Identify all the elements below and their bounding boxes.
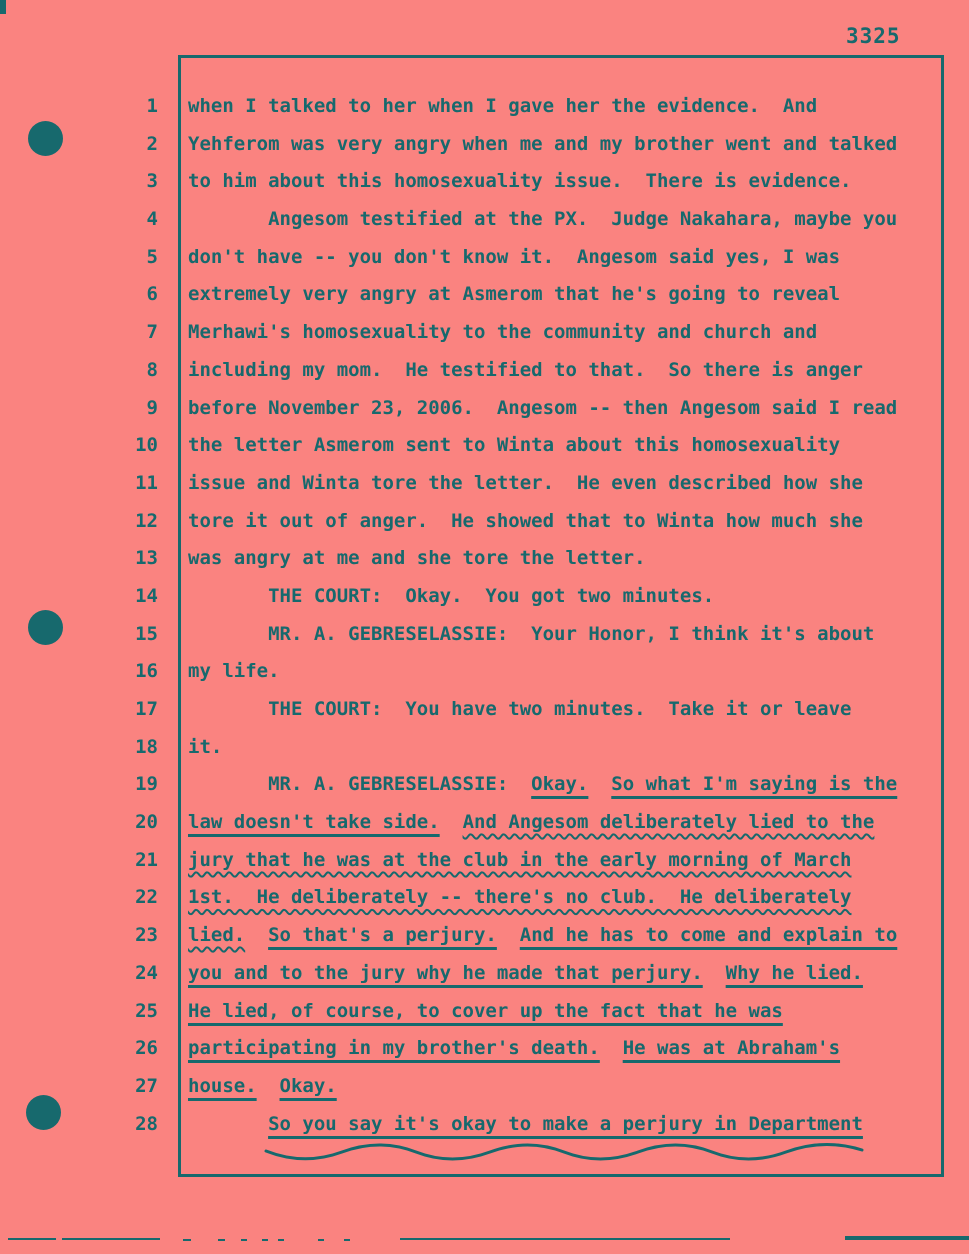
line-text: extremely very angry at Asmerom that he'… — [158, 276, 840, 314]
underlined-text-segment: you and to the jury why he made that per… — [188, 962, 703, 984]
text-segment: including my mom. He testified to that. … — [188, 359, 863, 381]
transcript-lines: 1when I talked to her when I gave her th… — [0, 88, 969, 1143]
line-text: THE COURT: Okay. You got two minutes. — [158, 578, 714, 616]
text-segment: don't have -- you don't know it. Angesom… — [188, 246, 840, 268]
line-number: 2 — [0, 126, 158, 164]
text-segment: when I talked to her when I gave her the… — [188, 95, 817, 117]
page-number: 3325 — [846, 24, 901, 48]
line-text: was angry at me and she tore the letter. — [158, 540, 646, 578]
line-text: it. — [158, 729, 222, 767]
line-text: jury that he was at the club in the earl… — [158, 842, 851, 880]
transcript-line: 19 MR. A. GEBRESELASSIE: Okay. So what I… — [0, 766, 969, 804]
edge-mark — [344, 1239, 350, 1241]
text-segment: MR. A. GEBRESELASSIE: Your Honor, I thin… — [188, 623, 874, 645]
text-segment: the letter Asmerom sent to Winta about t… — [188, 434, 840, 456]
underlined-text-segment: He lied, of course, to cover up the fact… — [188, 1000, 783, 1022]
underlined-text-segment: lied. — [188, 924, 245, 946]
text-segment: it. — [188, 736, 222, 758]
underlined-text-segment: house. — [188, 1075, 257, 1097]
text-segment: THE COURT: You have two minutes. Take it… — [188, 698, 851, 720]
underlined-text-segment: And he has to come and explain to — [520, 924, 898, 946]
underlined-text-segment: So what I'm saying is the — [611, 773, 897, 795]
line-number: 7 — [0, 314, 158, 352]
underlined-text-segment: Okay. — [531, 773, 588, 795]
line-number: 6 — [0, 276, 158, 314]
line-text: to him about this homosexuality issue. T… — [158, 163, 851, 201]
line-number: 20 — [0, 804, 158, 842]
transcript-line: 13was angry at me and she tore the lette… — [0, 540, 969, 578]
text-segment: to him about this homosexuality issue. T… — [188, 170, 851, 192]
text-segment: extremely very angry at Asmerom that he'… — [188, 283, 840, 305]
text-segment — [497, 924, 520, 946]
line-number: 12 — [0, 503, 158, 541]
line-number: 28 — [0, 1106, 158, 1144]
line-number: 27 — [0, 1068, 158, 1106]
transcript-line: 3to him about this homosexuality issue. … — [0, 163, 969, 201]
transcript-page: 3325 1when I talked to her when I gave h… — [0, 0, 969, 1254]
transcript-line: 17 THE COURT: You have two minutes. Take… — [0, 691, 969, 729]
underlined-text-segment: jury that he was at the club in the earl… — [188, 849, 851, 871]
hand-drawn-squiggle-underline — [262, 1139, 882, 1163]
line-number: 21 — [0, 842, 158, 880]
edge-mark — [318, 1239, 324, 1241]
text-segment — [600, 1037, 623, 1059]
transcript-line: 5don't have -- you don't know it. Angeso… — [0, 239, 969, 277]
transcript-line: 4 Angesom testified at the PX. Judge Nak… — [0, 201, 969, 239]
underlined-text-segment: So that's a perjury. — [268, 924, 497, 946]
line-number: 4 — [0, 201, 158, 239]
transcript-line: 7Merhawi's homosexuality to the communit… — [0, 314, 969, 352]
text-segment: my life. — [188, 660, 280, 682]
transcript-line: 6extremely very angry at Asmerom that he… — [0, 276, 969, 314]
line-text: issue and Winta tore the letter. He even… — [158, 465, 863, 503]
transcript-line: 12tore it out of anger. He showed that t… — [0, 503, 969, 541]
line-text: MR. A. GEBRESELASSIE: Okay. So what I'm … — [158, 766, 897, 804]
line-number: 3 — [0, 163, 158, 201]
line-text: law doesn't take side. And Angesom delib… — [158, 804, 874, 842]
text-segment: before November 23, 2006. Angesom -- the… — [188, 397, 897, 419]
line-number: 1 — [0, 88, 158, 126]
transcript-line: 26participating in my brother's death. H… — [0, 1030, 969, 1068]
text-segment: Yehferom was very angry when me and my b… — [188, 133, 897, 155]
transcript-line: 8including my mom. He testified to that.… — [0, 352, 969, 390]
line-number: 18 — [0, 729, 158, 767]
line-text: before November 23, 2006. Angesom -- the… — [158, 390, 897, 428]
line-number: 11 — [0, 465, 158, 503]
line-text: when I talked to her when I gave her the… — [158, 88, 817, 126]
line-text: So you say it's okay to make a perjury i… — [158, 1106, 863, 1144]
line-number: 13 — [0, 540, 158, 578]
line-text: lied. So that's a perjury. And he has to… — [158, 917, 897, 955]
underlined-text-segment: He was at Abraham's — [623, 1037, 840, 1059]
edge-mark — [62, 1238, 160, 1240]
underlined-text-segment: And Angesom deliberately lied to the — [463, 811, 875, 833]
transcript-line: 23lied. So that's a perjury. And he has … — [0, 917, 969, 955]
line-number: 8 — [0, 352, 158, 390]
line-number: 16 — [0, 653, 158, 691]
edge-mark — [183, 1239, 191, 1241]
edge-mark — [400, 1238, 730, 1240]
line-number: 26 — [0, 1030, 158, 1068]
line-text: THE COURT: You have two minutes. Take it… — [158, 691, 851, 729]
edge-mark — [218, 1239, 225, 1241]
transcript-line: 28 So you say it's okay to make a perjur… — [0, 1106, 969, 1144]
line-text: you and to the jury why he made that per… — [158, 955, 863, 993]
page-corner-mark — [0, 0, 6, 14]
text-segment: MR. A. GEBRESELASSIE: — [188, 773, 531, 795]
line-text: participating in my brother's death. He … — [158, 1030, 840, 1068]
text-segment — [703, 962, 726, 984]
transcript-line: 27house. Okay. — [0, 1068, 969, 1106]
line-number: 10 — [0, 427, 158, 465]
line-text: MR. A. GEBRESELASSIE: Your Honor, I thin… — [158, 616, 874, 654]
line-text: my life. — [158, 653, 280, 691]
line-text: including my mom. He testified to that. … — [158, 352, 863, 390]
underlined-text-segment: Why he lied. — [726, 962, 863, 984]
text-segment — [257, 1075, 280, 1097]
underlined-text-segment: Okay. — [280, 1075, 337, 1097]
edge-mark — [8, 1238, 56, 1240]
line-number: 23 — [0, 917, 158, 955]
line-number: 24 — [0, 955, 158, 993]
line-text: the letter Asmerom sent to Winta about t… — [158, 427, 840, 465]
text-segment — [188, 1113, 268, 1135]
text-segment: Merhawi's homosexuality to the community… — [188, 321, 817, 343]
transcript-line: 24you and to the jury why he made that p… — [0, 955, 969, 993]
text-segment: tore it out of anger. He showed that to … — [188, 510, 863, 532]
line-number: 15 — [0, 616, 158, 654]
transcript-line: 221st. He deliberately -- there's no clu… — [0, 879, 969, 917]
line-number: 14 — [0, 578, 158, 616]
line-text: tore it out of anger. He showed that to … — [158, 503, 863, 541]
line-text: Angesom testified at the PX. Judge Nakah… — [158, 201, 897, 239]
line-text: 1st. He deliberately -- there's no club.… — [158, 879, 851, 917]
transcript-line: 15 MR. A. GEBRESELASSIE: Your Honor, I t… — [0, 616, 969, 654]
transcript-line: 20law doesn't take side. And Angesom del… — [0, 804, 969, 842]
line-text: Yehferom was very angry when me and my b… — [158, 126, 897, 164]
line-text: house. Okay. — [158, 1068, 337, 1106]
text-segment: was angry at me and she tore the letter. — [188, 547, 646, 569]
transcript-line: 18it. — [0, 729, 969, 767]
line-number: 5 — [0, 239, 158, 277]
transcript-line: 16my life. — [0, 653, 969, 691]
line-number: 19 — [0, 766, 158, 804]
transcript-line: 21jury that he was at the club in the ea… — [0, 842, 969, 880]
underlined-text-segment: participating in my brother's death. — [188, 1037, 600, 1059]
text-segment: Angesom testified at the PX. Judge Nakah… — [188, 208, 897, 230]
transcript-line: 14 THE COURT: Okay. You got two minutes. — [0, 578, 969, 616]
transcript-line: 9before November 23, 2006. Angesom -- th… — [0, 390, 969, 428]
line-text: Merhawi's homosexuality to the community… — [158, 314, 817, 352]
edge-mark — [262, 1239, 268, 1241]
text-segment — [440, 811, 463, 833]
underlined-text-segment: 1st. He deliberately -- there's no club.… — [188, 886, 851, 908]
line-number: 22 — [0, 879, 158, 917]
transcript-line: 1when I talked to her when I gave her th… — [0, 88, 969, 126]
line-number: 17 — [0, 691, 158, 729]
underlined-text-segment: So you say it's okay to make a perjury i… — [268, 1113, 863, 1135]
edge-mark — [845, 1236, 969, 1240]
text-segment: issue and Winta tore the letter. He even… — [188, 472, 863, 494]
transcript-line: 25He lied, of course, to cover up the fa… — [0, 993, 969, 1031]
transcript-line: 10the letter Asmerom sent to Winta about… — [0, 427, 969, 465]
transcript-line: 11issue and Winta tore the letter. He ev… — [0, 465, 969, 503]
transcript-line: 2Yehferom was very angry when me and my … — [0, 126, 969, 164]
line-number: 25 — [0, 993, 158, 1031]
text-segment — [588, 773, 611, 795]
text-segment: THE COURT: Okay. You got two minutes. — [188, 585, 714, 607]
line-number: 9 — [0, 390, 158, 428]
line-text: don't have -- you don't know it. Angesom… — [158, 239, 840, 277]
underlined-text-segment: law doesn't take side. — [188, 811, 440, 833]
text-segment — [245, 924, 268, 946]
edge-mark — [278, 1239, 284, 1241]
line-text: He lied, of course, to cover up the fact… — [158, 993, 783, 1031]
edge-mark — [241, 1239, 247, 1241]
